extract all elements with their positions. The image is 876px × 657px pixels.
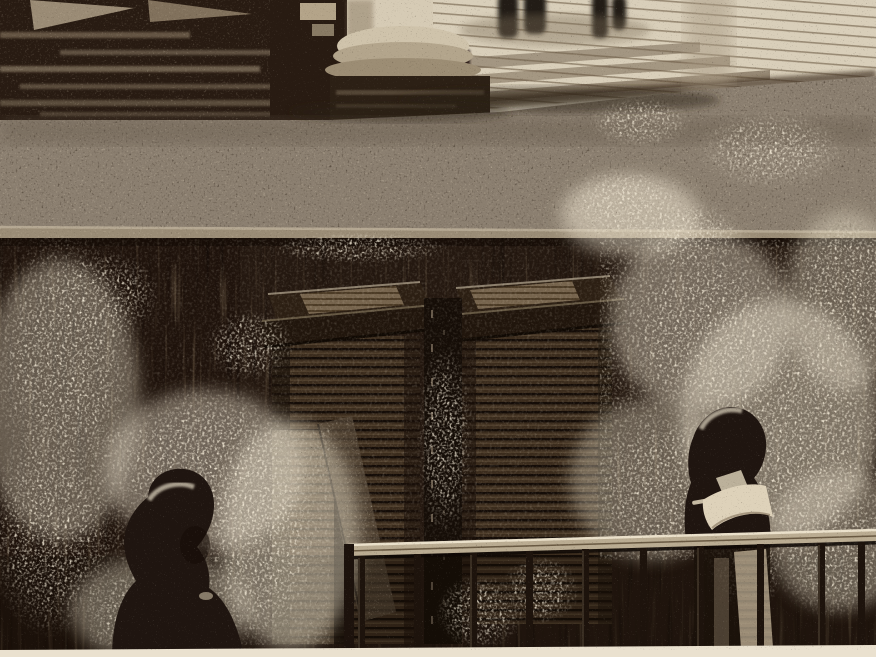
photograph <box>0 0 876 657</box>
film-grain <box>0 0 876 650</box>
photograph-canvas <box>0 0 876 657</box>
